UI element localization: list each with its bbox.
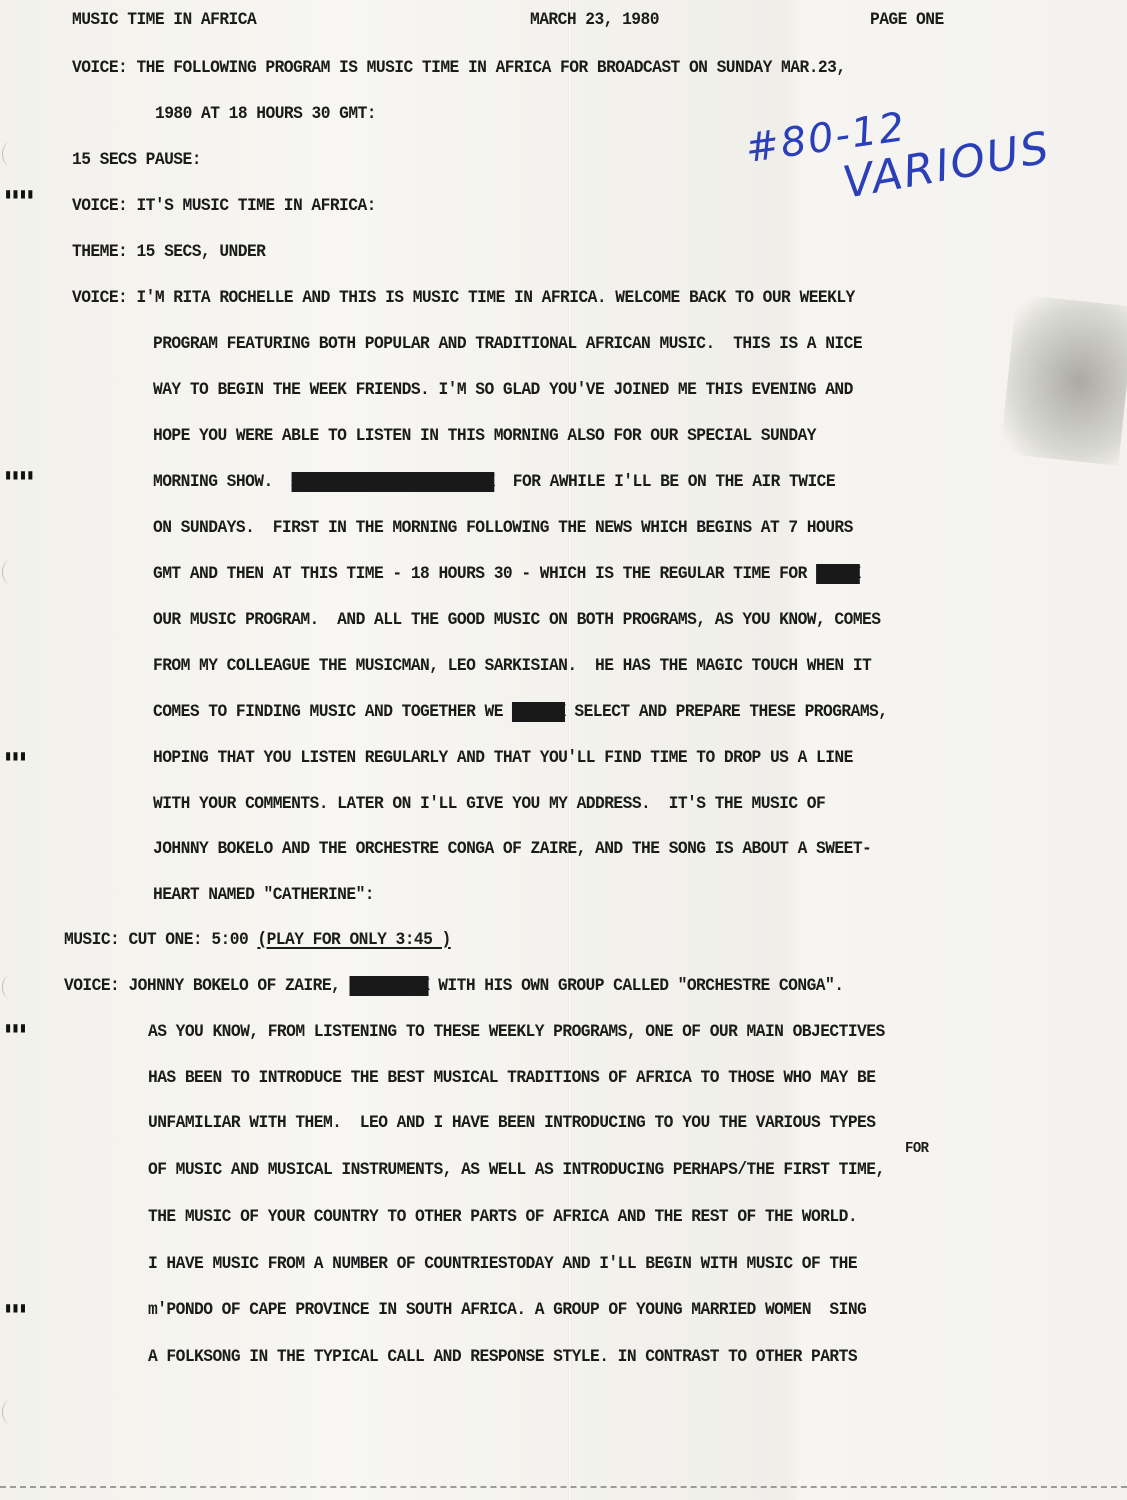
script-line: GMT AND THEN AT THIS TIME - 18 HOURS 30 … [153, 564, 860, 584]
text-segment: MUSIC: CUT ONE: 5:00 [64, 930, 257, 950]
inserted-word: FOR [905, 1140, 928, 1157]
script-line: 15 SECS PAUSE: [72, 150, 201, 170]
script-line: VOICE: I'M RITA ROCHELLE AND THIS IS MUS… [72, 288, 855, 308]
text-segment: FOR AWHILE I'LL BE ON THE AIR TWICE [494, 472, 835, 492]
margin-mark: ▮▮▮▮ [4, 186, 34, 203]
script-line: FROM MY COLLEAGUE THE MUSICMAN, LEO SARK… [153, 656, 871, 676]
script-line: WAY TO BEGIN THE WEEK FRIENDS. I'M SO GL… [153, 380, 853, 400]
header-program: MUSIC TIME IN AFRICA [72, 10, 256, 30]
script-line: HAS BEEN TO INTRODUCE THE BEST MUSICAL T… [148, 1068, 875, 1088]
script-line: COMES TO FINDING MUSIC AND TOGETHER WE X… [153, 702, 887, 722]
script-line: PROGRAM FEATURING BOTH POPULAR AND TRADI… [153, 334, 862, 354]
torn-bottom-edge [0, 1486, 1127, 1496]
punch-hole [2, 560, 19, 584]
text-segment: GMT AND THEN AT THIS TIME - 18 HOURS 30 … [153, 564, 816, 584]
text-segment: COMES TO FINDING MUSIC AND TOGETHER WE [153, 702, 512, 722]
script-line: VOICE: JOHNNY BOKELO OF ZAIRE, XXXXXXXXX… [64, 976, 843, 996]
text-segment: MORNING SHOW. [153, 472, 291, 492]
underlined-instruction: (PLAY FOR ONLY 3:45 ) [257, 930, 450, 950]
script-line: I HAVE MUSIC FROM A NUMBER OF COUNTRIEST… [148, 1254, 857, 1274]
struck-out-text: XXXXXXXXXXXXXXXXXXXXXXX [291, 472, 494, 492]
script-line: AS YOU KNOW, FROM LISTENING TO THESE WEE… [148, 1022, 885, 1042]
margin-mark: ▮▮▮▮ [4, 467, 34, 484]
punch-hole [2, 975, 19, 999]
script-line: UNFAMILIAR WITH THEM. LEO AND I HAVE BEE… [148, 1113, 875, 1133]
struck-out-text: XXXXXX [512, 702, 565, 722]
text-segment: SELECT AND PREPARE THESE PROGRAMS, [565, 702, 887, 722]
script-line: HOPING THAT YOU LISTEN REGULARLY AND THA… [153, 748, 853, 768]
script-line: MUSIC: CUT ONE: 5:00 (PLAY FOR ONLY 3:45… [64, 930, 451, 950]
script-line: 1980 AT 18 HOURS 30 GMT: [155, 104, 376, 124]
punch-hole [2, 1400, 19, 1424]
margin-mark: ▮▮▮ [4, 748, 26, 765]
text-segment: WITH HIS OWN GROUP CALLED "ORCHESTRE CON… [429, 976, 843, 996]
script-line: VOICE: IT'S MUSIC TIME IN AFRICA: [72, 196, 376, 216]
script-line: m'PONDO OF CAPE PROVINCE IN SOUTH AFRICA… [148, 1300, 866, 1320]
script-line: HOPE YOU WERE ABLE TO LISTEN IN THIS MOR… [153, 426, 816, 446]
margin-mark: ▮▮▮ [4, 1020, 26, 1037]
script-line: OUR MUSIC PROGRAM. AND ALL THE GOOD MUSI… [153, 610, 880, 630]
header-date: MARCH 23, 1980 [530, 10, 659, 30]
punch-hole [2, 142, 19, 166]
script-line: HEART NAMED "CATHERINE": [153, 885, 374, 905]
script-line: THE MUSIC OF YOUR COUNTRY TO OTHER PARTS… [148, 1207, 857, 1227]
script-line: WITH YOUR COMMENTS. LATER ON I'LL GIVE Y… [153, 794, 825, 814]
script-line: THEME: 15 SECS, UNDER [72, 242, 265, 262]
struck-out-text: XXXXXXXXX [349, 976, 429, 996]
tape-shadow [1000, 294, 1127, 466]
header-page: PAGE ONE [870, 10, 944, 30]
typewritten-page: MUSIC TIME IN AFRICA MARCH 23, 1980 PAGE… [0, 0, 1127, 1500]
script-line: ON SUNDAYS. FIRST IN THE MORNING FOLLOWI… [153, 518, 853, 538]
script-line: OF MUSIC AND MUSICAL INSTRUMENTS, AS WEL… [148, 1160, 885, 1180]
script-line: VOICE: THE FOLLOWING PROGRAM IS MUSIC TI… [72, 58, 846, 78]
struck-out-text: XXXXX [816, 564, 860, 584]
script-line: MORNING SHOW. XXXXXXXXXXXXXXXXXXXXXXX FO… [153, 472, 835, 492]
text-segment: VOICE: JOHNNY BOKELO OF ZAIRE, [64, 976, 349, 996]
script-line: JOHNNY BOKELO AND THE ORCHESTRE CONGA OF… [153, 839, 871, 859]
script-line: A FOLKSONG IN THE TYPICAL CALL AND RESPO… [148, 1347, 857, 1367]
margin-mark: ▮▮▮ [4, 1300, 26, 1317]
